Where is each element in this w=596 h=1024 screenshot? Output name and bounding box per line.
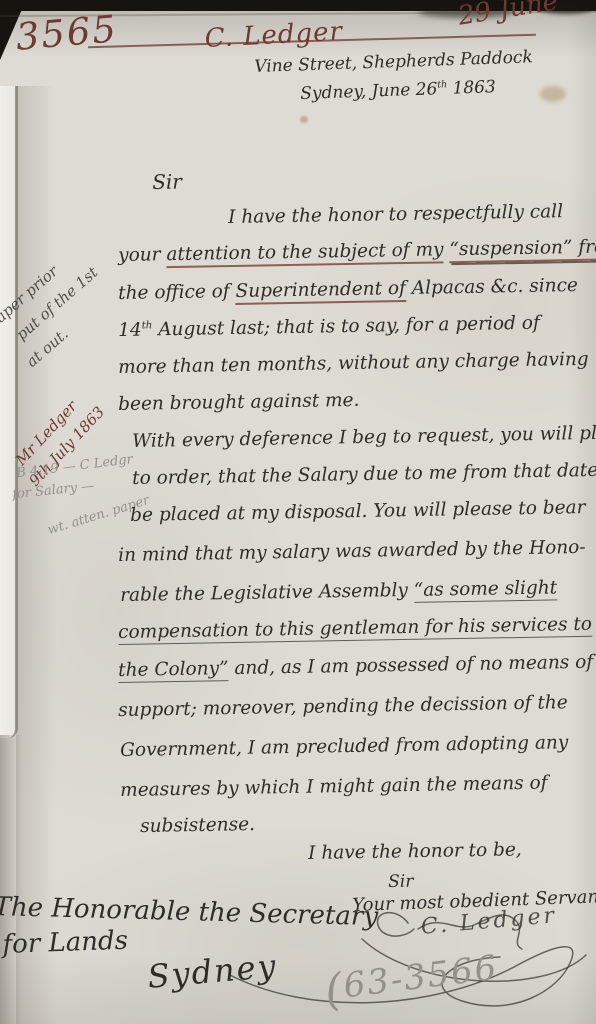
letter-line-4: 14th August last; that is to say, for a … <box>118 313 540 341</box>
received-date: 29 June <box>456 0 560 32</box>
letter-line-2a: your <box>118 244 167 266</box>
letter-line-13: the Colony” and, as I am possessed of no… <box>118 652 593 681</box>
letter-line-3a: the office of <box>118 281 236 304</box>
place-date-text: Sydney, June 26 <box>300 79 438 104</box>
letter-line-1: I have the honor to respectfully call <box>228 201 563 228</box>
letter-line-3c: Alpacas &c. since <box>406 275 578 299</box>
letter-line-13a-underlined: the Colony” <box>118 658 229 683</box>
letter-line-4b: August last; that is to say, for a perio… <box>152 313 540 341</box>
writer-name-header: C. Ledger <box>204 17 344 54</box>
ink-stain-small <box>300 116 308 123</box>
registry-number: 3565 <box>14 7 120 59</box>
closing-line-2: Sir <box>388 872 414 892</box>
letter-line-6: been brought against me. <box>118 390 360 415</box>
letter-line-7: With every deference I beg to request, y… <box>132 422 596 452</box>
spine-fold-shadow-bottom <box>0 735 22 1024</box>
letter-line-2b-underlined: attention to the subject of my <box>166 239 444 268</box>
letter-line-11b-underlined: “as some slight <box>414 577 558 602</box>
letter-line-13b: and, as I am possessed of no means of <box>228 652 593 679</box>
salutation: Sir <box>152 169 182 194</box>
letter-line-11: rable the Legislative Assembly “as some … <box>120 577 557 606</box>
spine-fold-shadow <box>16 86 56 1024</box>
letter-line-4a: 14 <box>118 320 142 341</box>
letter-line-2: your attention to the subject of my “sus… <box>118 236 596 266</box>
letter-line-15: Government, I am precluded from adopting… <box>120 732 568 761</box>
letter-line-17: subsistense. <box>140 814 255 837</box>
letter-line-10: in mind that my salary was awarded by th… <box>118 537 586 566</box>
letter-line-11a: rable the Legislative Assembly <box>120 580 414 606</box>
letter-line-2d-underlined: “suspension” from <box>449 236 596 263</box>
letter-line-3b-underlined: Superintendent of <box>235 278 406 305</box>
scanned-letter-page: 3565 C. Ledger 29 June Vine Street, Shep… <box>0 0 596 1024</box>
letter-line-9: be placed at my disposal. You will pleas… <box>130 497 586 526</box>
letter-line-4-ordinal: th <box>142 320 153 331</box>
place-date-year: 1863 <box>447 77 496 99</box>
closing-line-1: I have the honor to be, <box>308 839 522 864</box>
place-date-line: Sydney, June 26th 1863 <box>300 77 496 104</box>
ink-stain <box>540 86 566 102</box>
letter-line-8: to order, that the Salary due to me from… <box>132 460 596 489</box>
address-line: Vine Street, Shepherds Paddock <box>254 47 533 77</box>
letter-line-12-underlined: compensation to this gentleman for his s… <box>118 614 592 645</box>
letter-line-5: more than ten months, without any charge… <box>118 349 589 378</box>
letter-line-12: compensation to this gentleman for his s… <box>118 614 592 643</box>
letter-line-3: the office of Superintendent of Alpacas … <box>118 275 578 304</box>
place-date-ordinal: th <box>437 79 447 90</box>
letter-line-14: support; moreover, pending the decission… <box>118 692 568 721</box>
letter-line-16: measures by which I might gain the means… <box>120 773 548 801</box>
addressee-line-2: for Lands <box>2 926 128 960</box>
